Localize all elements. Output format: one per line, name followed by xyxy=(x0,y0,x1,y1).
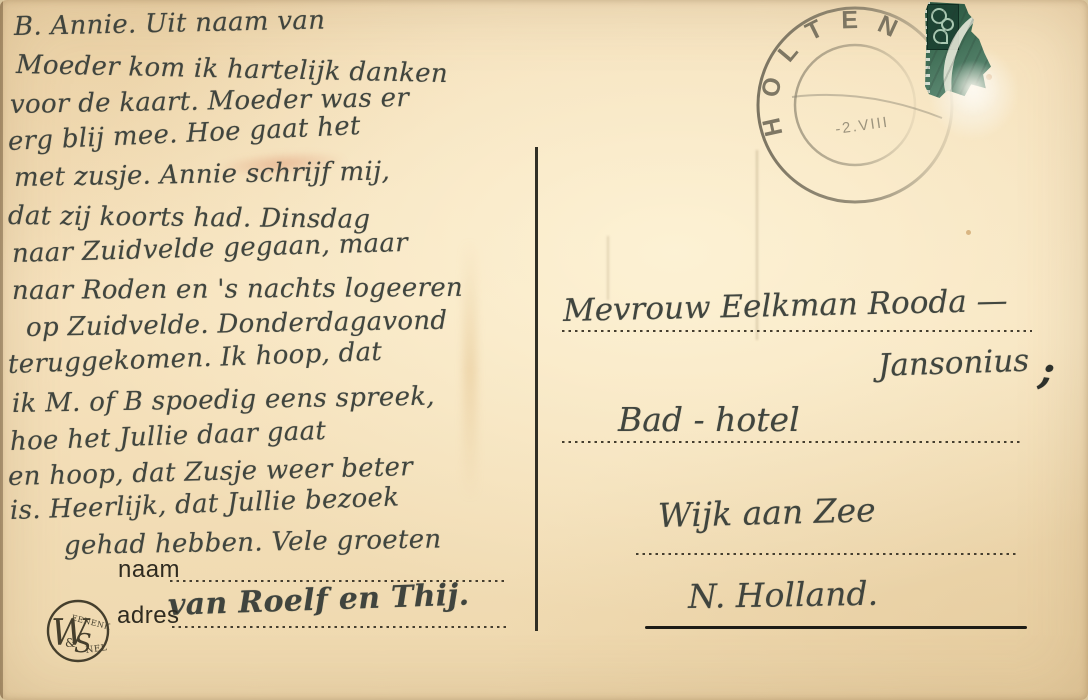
message-line: hoe het Jullie daar gaat xyxy=(9,416,326,457)
recipient-street: Bad - hotel xyxy=(618,400,800,439)
message-line: teruggekomen. Ik hoop, dat xyxy=(7,337,382,380)
message-line: naar Zuidvelde gegaan, maar xyxy=(12,228,409,269)
signature-line: van Roelf en Thij. xyxy=(167,577,470,623)
message-line: naar Roden en 's nachts logeeren xyxy=(12,273,463,306)
address-rule-1 xyxy=(562,330,1032,332)
message-line: op Zuidvelde. Donderdagavond xyxy=(26,306,448,343)
ink-flourish: ; xyxy=(1037,346,1058,395)
recipient-name-2: Jansonius xyxy=(877,343,1029,384)
postmark-bridge-line xyxy=(792,95,942,118)
address-field-label: adres xyxy=(117,602,180,630)
message-line: met zusje. Annie schrijf mij, xyxy=(14,156,391,193)
logo-text-bottom: NEL xyxy=(85,643,108,656)
card-edge xyxy=(0,0,3,700)
publisher-logo: W EENENK & S NEL xyxy=(44,597,112,665)
name-field-rule xyxy=(170,580,506,582)
address-field-rule xyxy=(172,626,506,628)
recipient-name: Mevrouw Eelkman Rooda — xyxy=(563,283,1008,329)
recipient-province: N. Holland. xyxy=(688,574,879,616)
address-rule-3 xyxy=(636,553,1016,555)
recipient-town: Wijk aan Zee xyxy=(657,490,876,535)
crease-line xyxy=(607,236,609,300)
address-rule-2 xyxy=(562,441,1020,443)
paper-stain xyxy=(463,240,477,500)
message-line: ik M. of B spoedig eens spreek, xyxy=(12,382,435,419)
paper-speck xyxy=(966,230,971,235)
postmark-date: -2.VIII xyxy=(834,114,890,138)
divider-line xyxy=(535,147,538,631)
message-line: B. Annie. Uit naam van xyxy=(14,5,326,42)
address-rule-4 xyxy=(645,626,1027,629)
postmark-inner-ring xyxy=(795,45,915,165)
postcard-back: B. Annie. Uit naam van Moeder kom ik har… xyxy=(0,0,1088,700)
